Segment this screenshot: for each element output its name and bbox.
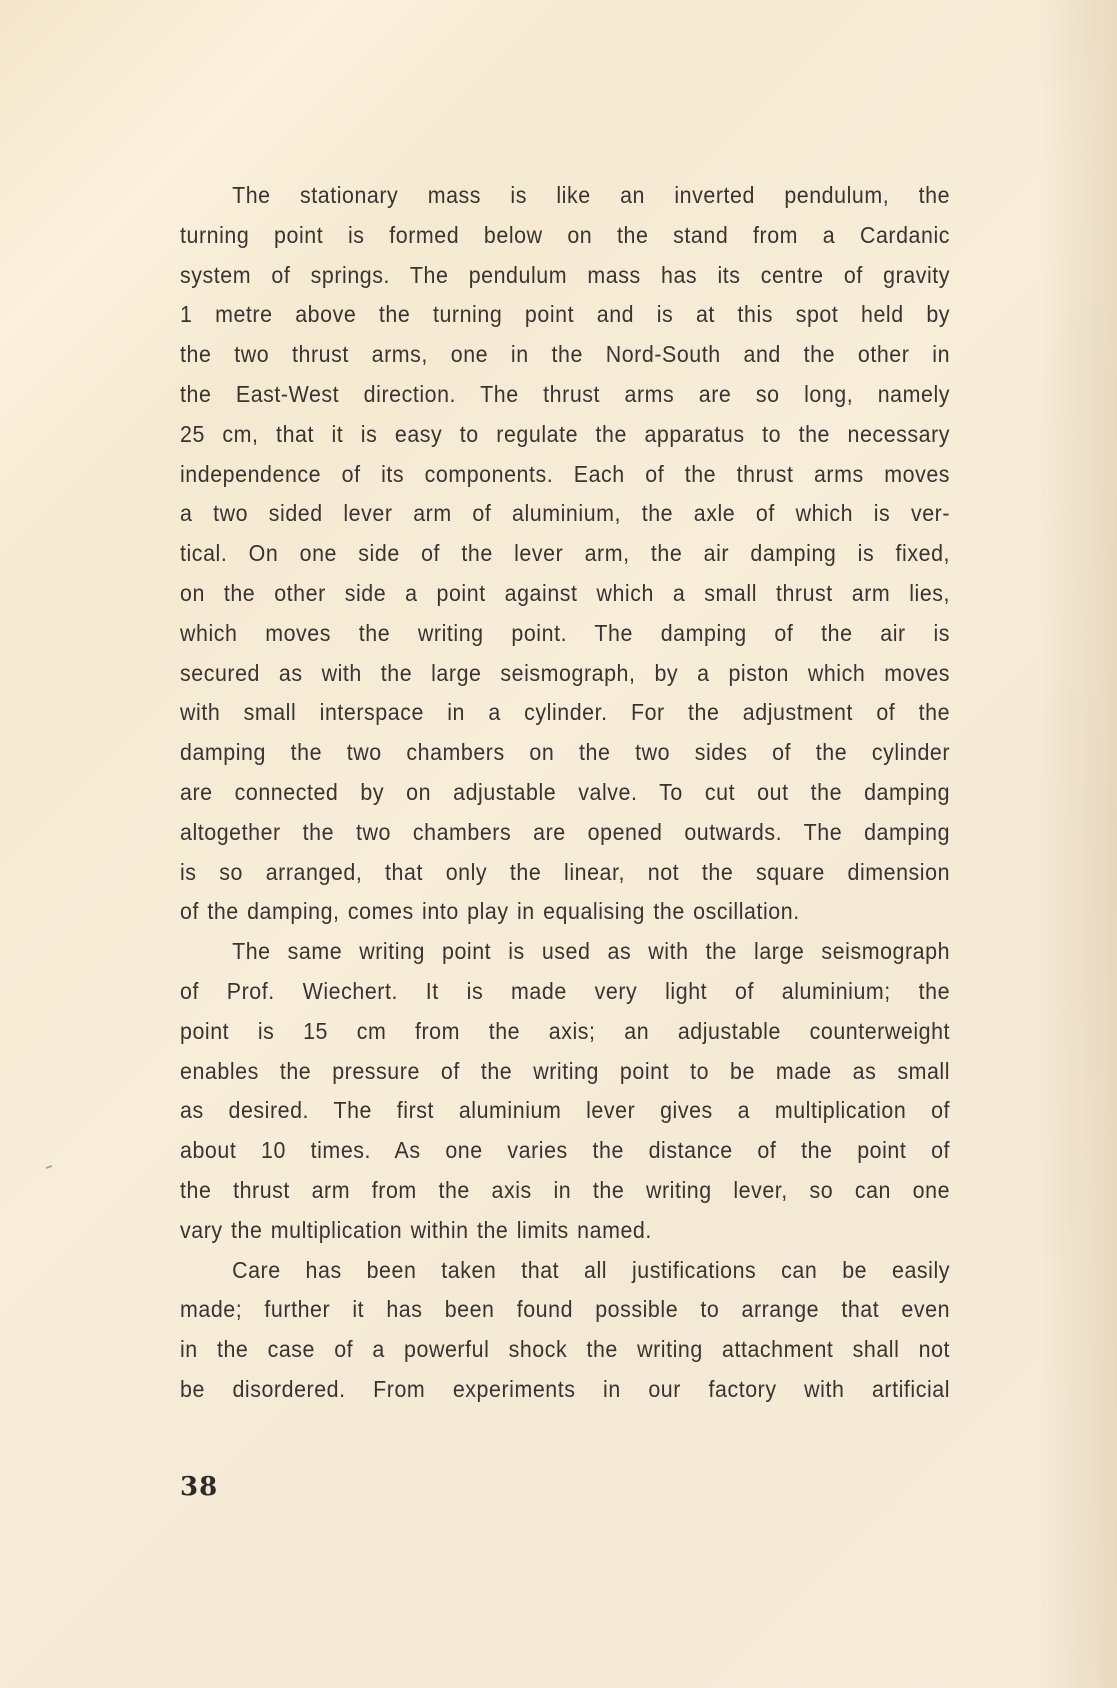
text-line: Care has been taken that all justificati…	[180, 1251, 950, 1291]
body-text: The stationary mass is like an inverted …	[180, 176, 950, 1410]
text-line: the thrust arm from the axis in the writ…	[180, 1171, 950, 1211]
book-page: The stationary mass is like an inverted …	[0, 0, 1117, 1688]
text-line: tical. On one side of the lever arm, the…	[180, 534, 950, 574]
text-line: The same writing point is used as with t…	[180, 932, 950, 972]
text-line: which moves the writing point. The dampi…	[180, 614, 950, 654]
text-line: of Prof. Wiechert. It is made very light…	[180, 972, 950, 1012]
text-line: about 10 times. As one varies the distan…	[180, 1131, 950, 1171]
text-line: with small interspace in a cylinder. For…	[180, 693, 950, 733]
paragraph: The stationary mass is like an inverted …	[180, 176, 950, 932]
text-line: The stationary mass is like an inverted …	[180, 176, 950, 216]
text-line: vary the multiplication within the limit…	[180, 1211, 950, 1251]
text-line: system of springs. The pendulum mass has…	[180, 256, 950, 296]
paragraph: Care has been taken that all justificati…	[180, 1251, 950, 1410]
text-line: turning point is formed below on the sta…	[180, 216, 950, 256]
text-line: damping the two chambers on the two side…	[180, 733, 950, 773]
text-line: the East-West direction. The thrust arms…	[180, 375, 950, 415]
text-line: in the case of a powerful shock the writ…	[180, 1330, 950, 1370]
page-number: 38	[180, 1472, 218, 1502]
text-line: be disordered. From experiments in our f…	[180, 1370, 950, 1410]
text-line: the two thrust arms, one in the Nord-Sou…	[180, 335, 950, 375]
text-line: 25 cm, that it is easy to regulate the a…	[180, 415, 950, 455]
text-line: on the other side a point against which …	[180, 574, 950, 614]
paper-blemish	[46, 1165, 52, 1169]
text-line: enables the pressure of the writing poin…	[180, 1052, 950, 1092]
text-line: secured as with the large seismograph, b…	[180, 654, 950, 694]
text-line: a two sided lever arm of aluminium, the …	[180, 494, 950, 534]
text-line: as desired. The first aluminium lever gi…	[180, 1091, 950, 1131]
text-line: made; further it has been found possible…	[180, 1290, 950, 1330]
text-line: are connected by on adjustable valve. To…	[180, 773, 950, 813]
text-line: independence of its components. Each of …	[180, 455, 950, 495]
text-line: of the damping, comes into play in equal…	[180, 892, 950, 932]
text-line: altogether the two chambers are opened o…	[180, 813, 950, 853]
text-line: 1 metre above the turning point and is a…	[180, 295, 950, 335]
text-line: is so arranged, that only the linear, no…	[180, 853, 950, 893]
text-line: point is 15 cm from the axis; an adjusta…	[180, 1012, 950, 1052]
paragraph: The same writing point is used as with t…	[180, 932, 950, 1250]
